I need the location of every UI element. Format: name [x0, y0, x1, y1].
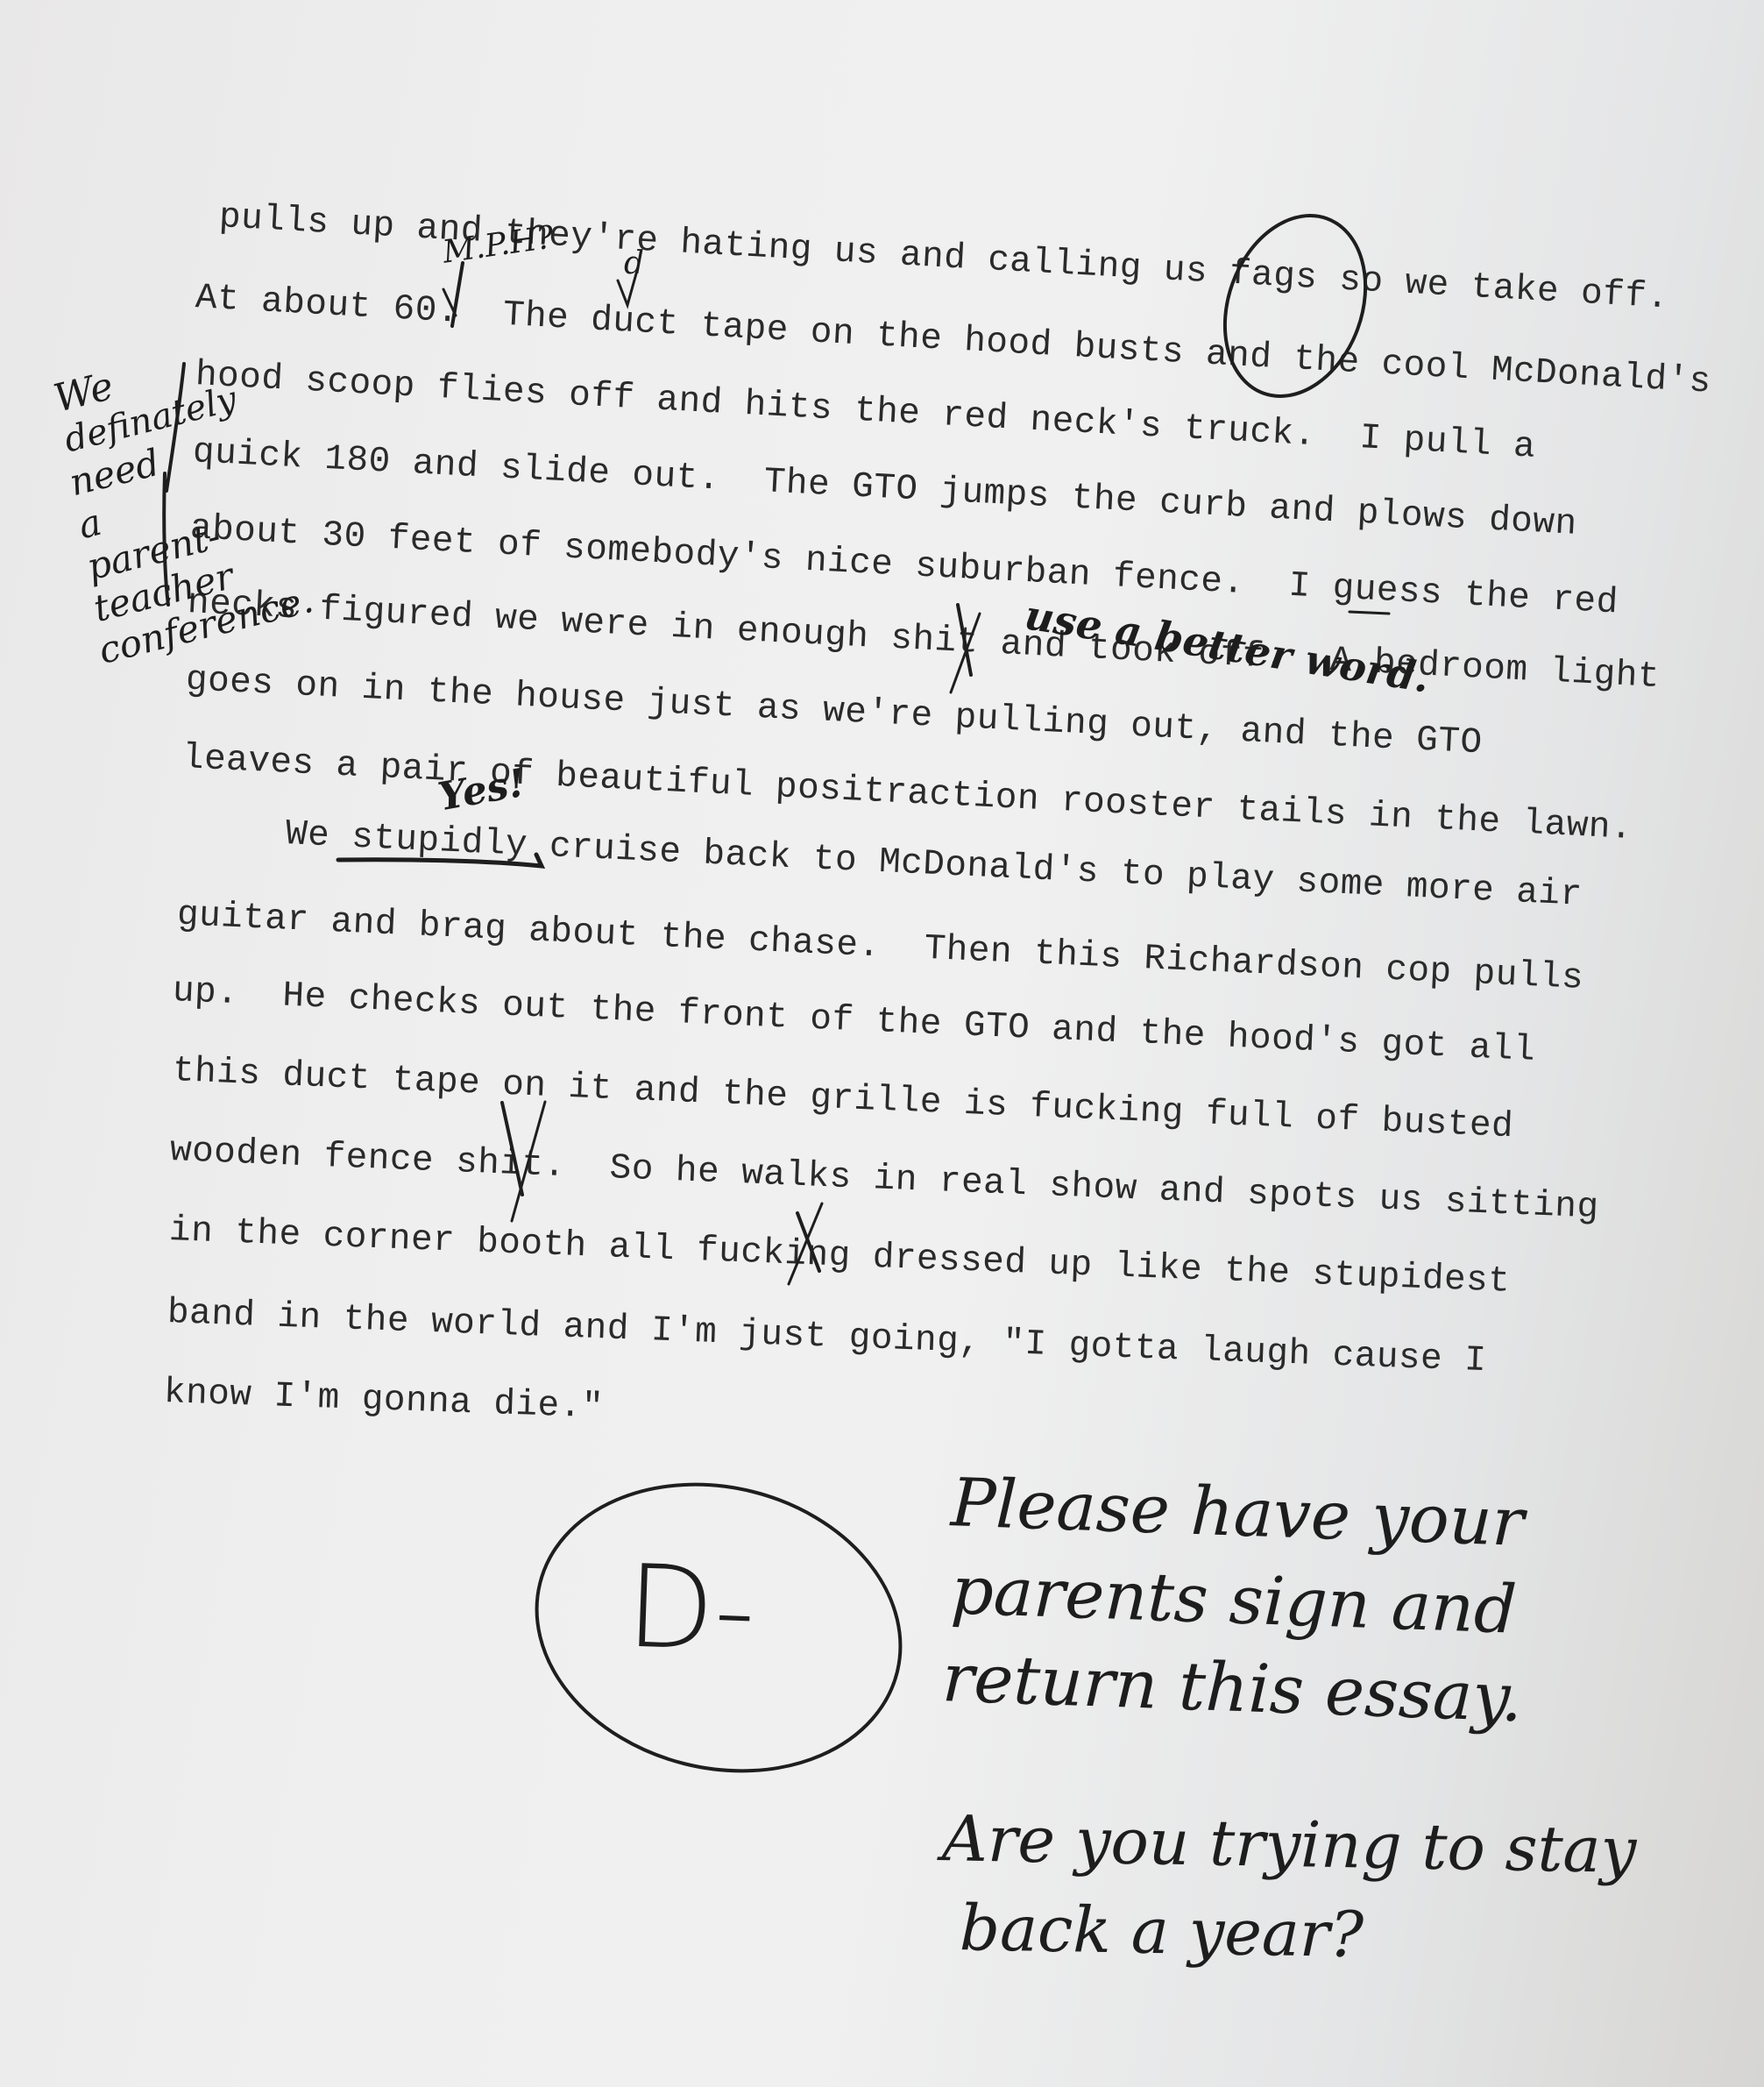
grade-mark: D- [625, 1549, 757, 1667]
teacher-comment-line: Are you trying to stay [941, 1807, 1636, 1882]
typed-line: band in the world and I'm just going, "I… [166, 1296, 1487, 1380]
duct-correction-note: d [624, 248, 644, 280]
margin-note: We definately need a parent- teacher con… [33, 333, 308, 636]
typed-line: in the corner booth all fucking dressed … [168, 1213, 1511, 1301]
teacher-comment-line: back a year? [959, 1896, 1654, 1971]
teacher-comment-line: return this essay. [941, 1644, 1637, 1736]
typed-line: know I'm gonna die." [163, 1375, 604, 1426]
typed-line: wooden fence shit. So he walks in real s… [169, 1133, 1599, 1226]
teacher-comment: Please have your parents sign and return… [942, 1481, 1636, 1807]
essay-page: pulls up and they're hating us and calli… [0, 0, 1764, 2087]
correction-mark [1350, 612, 1389, 614]
teacher-comment-line: parents sign and [950, 1557, 1646, 1648]
teacher-comment-line: Please have your [950, 1469, 1646, 1560]
typed-line: this duct tape on it and the grille is f… [172, 1054, 1514, 1146]
typed-line: up. He checks out the front of the GTO a… [172, 974, 1536, 1069]
